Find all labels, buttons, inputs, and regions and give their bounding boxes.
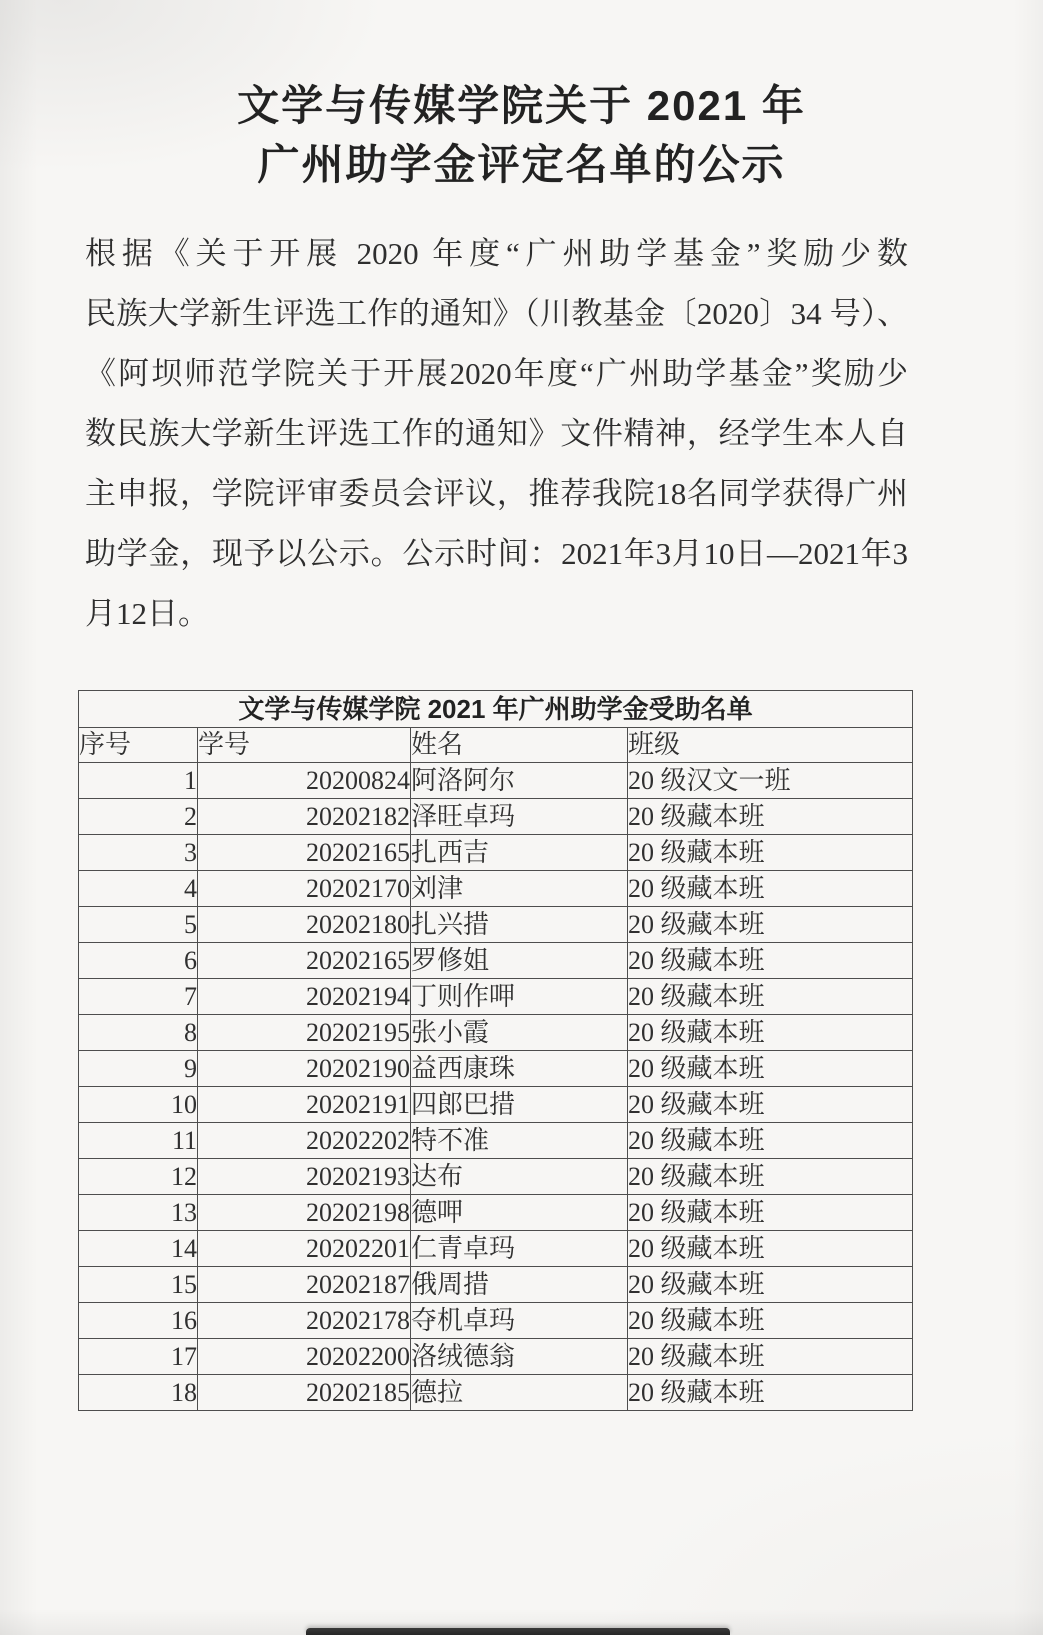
table-row: 11 20202202 特不准 20 级藏本班	[79, 1123, 913, 1159]
recipient-table-body: 1 20200824 阿洛阿尔 20 级汉文一班 2 20202182 泽旺卓玛…	[79, 763, 913, 1411]
cell-name: 泽旺卓玛	[411, 799, 628, 835]
cell-name: 特不准	[411, 1123, 628, 1159]
cell-index: 17	[79, 1339, 198, 1375]
paragraph-line: 根据《关于开展 2020 年度“广州助学基金”奖励少数	[85, 224, 908, 284]
document-title: 文学与传媒学院关于 2021 年 广州助学金评定名单的公示	[0, 76, 1043, 194]
cell-student-id: 20202200	[198, 1339, 411, 1375]
cell-class: 20 级藏本班	[628, 1195, 913, 1231]
cell-student-id: 20202194	[198, 979, 411, 1015]
cell-class: 20 级藏本班	[628, 979, 913, 1015]
cell-name: 丁则作呷	[411, 979, 628, 1015]
cell-class: 20 级藏本班	[628, 1339, 913, 1375]
cell-index: 2	[79, 799, 198, 835]
cell-name: 益西康珠	[411, 1051, 628, 1087]
cell-class: 20 级藏本班	[628, 835, 913, 871]
table-row: 5 20202180 扎兴措 20 级藏本班	[79, 907, 913, 943]
cell-index: 3	[79, 835, 198, 871]
cell-class: 20 级藏本班	[628, 1267, 913, 1303]
cell-student-id: 20202182	[198, 799, 411, 835]
table-row: 13 20202198 德呷 20 级藏本班	[79, 1195, 913, 1231]
cell-class: 20 级藏本班	[628, 799, 913, 835]
cell-class: 20 级藏本班	[628, 1303, 913, 1339]
table-title: 文学与传媒学院 2021 年广州助学金受助名单	[79, 691, 913, 728]
col-header-class: 班级	[628, 728, 913, 763]
col-header-index: 序号	[79, 728, 198, 763]
document-title-line1: 文学与传媒学院关于 2021 年	[0, 76, 1043, 135]
cell-name: 罗修姐	[411, 943, 628, 979]
document-page: 文学与传媒学院关于 2021 年 广州助学金评定名单的公示 根据《关于开展 20…	[0, 0, 1043, 1635]
cell-name: 夺机卓玛	[411, 1303, 628, 1339]
announcement-paragraph: 根据《关于开展 2020 年度“广州助学基金”奖励少数 民族大学新生评选工作的通…	[85, 224, 908, 644]
cell-class: 20 级藏本班	[628, 943, 913, 979]
cell-name: 扎西吉	[411, 835, 628, 871]
cell-name: 阿洛阿尔	[411, 763, 628, 799]
cell-class: 20 级藏本班	[628, 907, 913, 943]
cell-class: 20 级汉文一班	[628, 763, 913, 799]
cell-class: 20 级藏本班	[628, 1051, 913, 1087]
cell-index: 6	[79, 943, 198, 979]
cell-index: 14	[79, 1231, 198, 1267]
cell-name: 达布	[411, 1159, 628, 1195]
col-header-name: 姓名	[411, 728, 628, 763]
table-row: 4 20202170 刘津 20 级藏本班	[79, 871, 913, 907]
cell-student-id: 20202170	[198, 871, 411, 907]
cell-class: 20 级藏本班	[628, 1087, 913, 1123]
cell-class: 20 级藏本班	[628, 1375, 913, 1411]
table-header-row: 序号 学号 姓名 班级	[79, 728, 913, 763]
cell-student-id: 20200824	[198, 763, 411, 799]
cell-index: 8	[79, 1015, 198, 1051]
cell-name: 张小霞	[411, 1015, 628, 1051]
cell-student-id: 20202187	[198, 1267, 411, 1303]
paragraph-line: 助学金，现予以公示。公示时间：2021年3月10日—2021年3	[85, 524, 908, 584]
paragraph-line: 民族大学新生评选工作的通知》（川教基金〔2020〕34 号）、	[85, 284, 908, 344]
cell-index: 15	[79, 1267, 198, 1303]
table-row: 7 20202194 丁则作呷 20 级藏本班	[79, 979, 913, 1015]
table-row: 9 20202190 益西康珠 20 级藏本班	[79, 1051, 913, 1087]
table-row: 6 20202165 罗修姐 20 级藏本班	[79, 943, 913, 979]
cell-student-id: 20202193	[198, 1159, 411, 1195]
paragraph-line: 主申报，学院评审委员会评议，推荐我院18名同学获得广州	[85, 464, 908, 524]
cell-student-id: 20202165	[198, 835, 411, 871]
cell-student-id: 20202202	[198, 1123, 411, 1159]
recipient-table-head: 文学与传媒学院 2021 年广州助学金受助名单 序号 学号 姓名 班级	[79, 691, 913, 763]
cell-class: 20 级藏本班	[628, 1123, 913, 1159]
cell-student-id: 20202185	[198, 1375, 411, 1411]
table-row: 10 20202191 四郎巴措 20 级藏本班	[79, 1087, 913, 1123]
cell-index: 1	[79, 763, 198, 799]
table-title-row: 文学与传媒学院 2021 年广州助学金受助名单	[79, 691, 913, 728]
cell-student-id: 20202195	[198, 1015, 411, 1051]
cell-class: 20 级藏本班	[628, 1159, 913, 1195]
paragraph-line: 数民族大学新生评选工作的通知》文件精神，经学生本人自	[85, 404, 908, 464]
cell-student-id: 20202190	[198, 1051, 411, 1087]
table-row: 12 20202193 达布 20 级藏本班	[79, 1159, 913, 1195]
cell-student-id: 20202198	[198, 1195, 411, 1231]
cell-student-id: 20202180	[198, 907, 411, 943]
cell-student-id: 20202201	[198, 1231, 411, 1267]
table-row: 18 20202185 德拉 20 级藏本班	[79, 1375, 913, 1411]
cell-student-id: 20202165	[198, 943, 411, 979]
cell-index: 4	[79, 871, 198, 907]
cell-index: 9	[79, 1051, 198, 1087]
table-row: 17 20202200 洛绒德翁 20 级藏本班	[79, 1339, 913, 1375]
cell-class: 20 级藏本班	[628, 1015, 913, 1051]
cell-name: 洛绒德翁	[411, 1339, 628, 1375]
col-header-student-id: 学号	[198, 728, 411, 763]
cell-index: 13	[79, 1195, 198, 1231]
cell-name: 刘津	[411, 871, 628, 907]
table-row: 1 20200824 阿洛阿尔 20 级汉文一班	[79, 763, 913, 799]
cell-index: 12	[79, 1159, 198, 1195]
cell-index: 5	[79, 907, 198, 943]
cell-name: 四郎巴措	[411, 1087, 628, 1123]
table-row: 14 20202201 仁青卓玛 20 级藏本班	[79, 1231, 913, 1267]
table-row: 15 20202187 俄周措 20 级藏本班	[79, 1267, 913, 1303]
photo-edge-shadow	[306, 1628, 730, 1635]
recipient-table: 文学与传媒学院 2021 年广州助学金受助名单 序号 学号 姓名 班级 1 20…	[78, 690, 913, 1411]
cell-name: 德拉	[411, 1375, 628, 1411]
cell-student-id: 20202178	[198, 1303, 411, 1339]
cell-index: 16	[79, 1303, 198, 1339]
cell-index: 7	[79, 979, 198, 1015]
table-row: 2 20202182 泽旺卓玛 20 级藏本班	[79, 799, 913, 835]
paragraph-line: 《阿坝师范学院关于开展2020年度“广州助学基金”奖励少	[85, 344, 908, 404]
cell-index: 10	[79, 1087, 198, 1123]
paragraph-line: 月12日。	[85, 584, 908, 644]
cell-name: 仁青卓玛	[411, 1231, 628, 1267]
cell-class: 20 级藏本班	[628, 871, 913, 907]
table-row: 16 20202178 夺机卓玛 20 级藏本班	[79, 1303, 913, 1339]
cell-student-id: 20202191	[198, 1087, 411, 1123]
document-title-line2: 广州助学金评定名单的公示	[0, 135, 1043, 194]
cell-class: 20 级藏本班	[628, 1231, 913, 1267]
cell-index: 18	[79, 1375, 198, 1411]
cell-name: 德呷	[411, 1195, 628, 1231]
cell-name: 扎兴措	[411, 907, 628, 943]
cell-index: 11	[79, 1123, 198, 1159]
table-row: 3 20202165 扎西吉 20 级藏本班	[79, 835, 913, 871]
cell-name: 俄周措	[411, 1267, 628, 1303]
table-row: 8 20202195 张小霞 20 级藏本班	[79, 1015, 913, 1051]
